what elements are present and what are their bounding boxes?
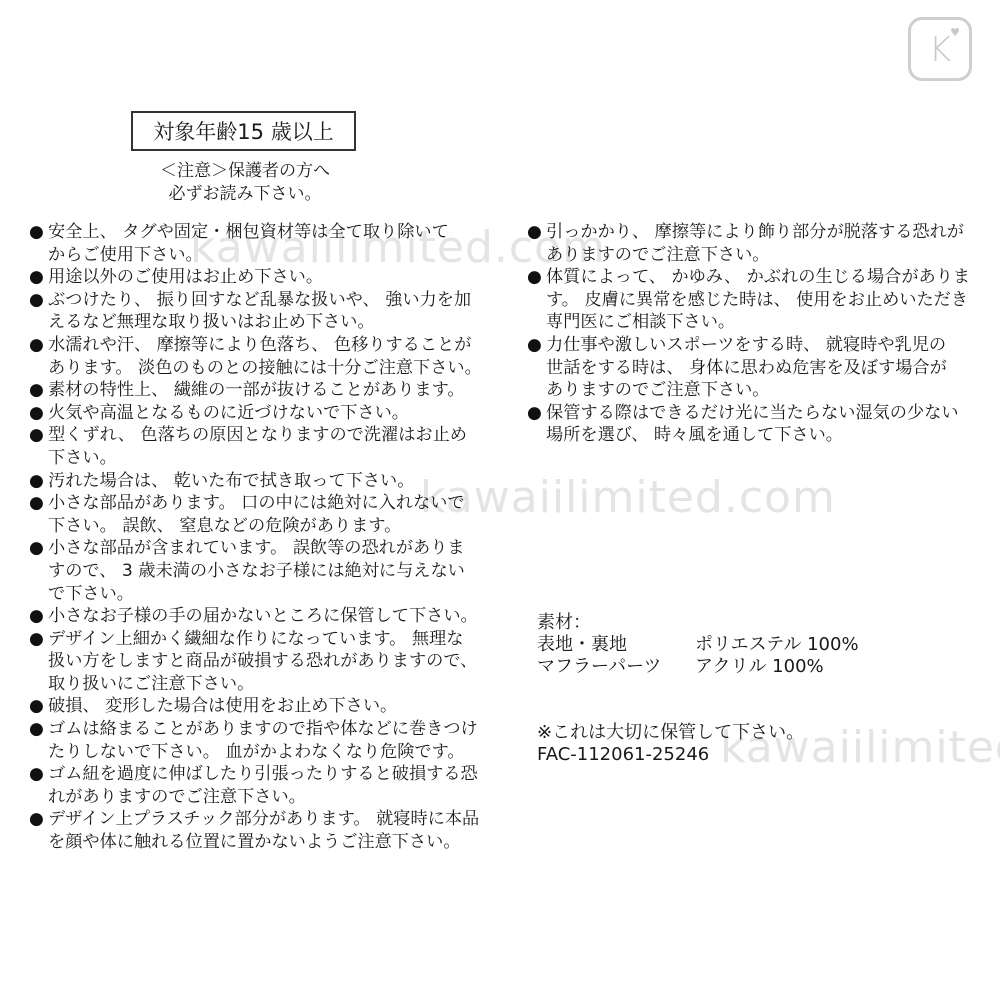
- material-part: マフラーパーツ: [537, 656, 695, 678]
- bullet-icon: ●: [29, 605, 44, 628]
- bullet-icon: ●: [29, 537, 44, 560]
- bullet-icon: ●: [527, 402, 542, 425]
- bullet-icon: ●: [29, 289, 44, 312]
- caution-item: ●デザイン上細かく繊細な作りになっています。 無理な 扱い方をしますと商品が破損…: [29, 628, 489, 696]
- caution-item: ●素材の特性上、 繊維の一部が抜けることがあります。: [29, 379, 489, 402]
- caution-list-left: ●安全上、 タグや固定・梱包資材等は全て取り除いて からご使用下さい。 ●用途以…: [29, 221, 489, 854]
- bullet-icon: ●: [29, 379, 44, 402]
- bullet-icon: ●: [29, 695, 44, 718]
- materials-row: マフラーパーツ アクリル 100%: [537, 656, 859, 678]
- caution-text: 水濡れや汗、 摩擦等により色落ち、 色移りすることが あります。 淡色のものとの…: [48, 335, 482, 378]
- caution-text: デザイン上細かく繊細な作りになっています。 無理な 扱い方をしますと商品が破損す…: [48, 629, 477, 694]
- caution-item: ●デザイン上プラスチック部分があります。 就寝時に本品 を顔や体に触れる位置に置…: [29, 808, 489, 853]
- caution-text: 素材の特性上、 繊維の一部が抜けることがあります。: [48, 380, 465, 400]
- materials-section: 素材： 表地・裏地 ポリエステル 100% マフラーパーツ アクリル 100%: [537, 612, 859, 678]
- caution-text: ゴムは絡まることがありますので指や体などに巻きつけ たりしないで下さい。 血がか…: [48, 719, 478, 762]
- caution-text: 小さな部品があります。 口の中には絶対に入れないで 下さい。 誤飲、 窒息などの…: [48, 493, 465, 536]
- caution-text: 小さなお子様の手の届かないところに保管して下さい。: [48, 606, 478, 626]
- materials-row: 表地・裏地 ポリエステル 100%: [537, 634, 859, 656]
- product-code: FAC-112061-25246: [537, 744, 804, 766]
- caution-text: ぶつけたり、 振り回すなど乱暴な扱いや、 強い力を加 えるなど無理な取り扱いはお…: [48, 290, 471, 333]
- caution-item: ●ゴム紐を過度に伸ばしたり引張ったりすると破損する恐 れがありますのでご注意下さ…: [29, 763, 489, 808]
- bullet-icon: ●: [29, 266, 44, 289]
- age-rating-box: 対象年齢15 歳以上: [131, 111, 356, 151]
- caution-item: ●型くずれ、 色落ちの原因となりますので洗濯はお止め 下さい。: [29, 424, 489, 469]
- caution-item: ●汚れた場合は、 乾いた布で拭き取って下さい。: [29, 470, 489, 493]
- bullet-icon: ●: [29, 402, 44, 425]
- caution-item: ●破損、 変形した場合は使用をお止め下さい。: [29, 695, 489, 718]
- caution-text: 火気や高温となるものに近づけないで下さい。: [48, 403, 409, 423]
- caution-item: ●ゴムは絡まることがありますので指や体などに巻きつけ たりしないで下さい。 血が…: [29, 718, 489, 763]
- caution-text: 保管する際はできるだけ光に当たらない湿気の少ない 場所を選び、 時々風を通して下…: [546, 403, 959, 446]
- heart-icon: ♥: [950, 26, 960, 39]
- caution-text: 力仕事や激しいスポーツをする時、 就寝時や乳児の 世話をする時は、 身体に思わぬ…: [546, 335, 947, 400]
- material-part: 表地・裏地: [537, 634, 695, 656]
- caution-text: 破損、 変形した場合は使用をお止め下さい。: [48, 696, 397, 716]
- keep-note: ※これは大切に保管して下さい。: [537, 722, 804, 744]
- caution-text: 小さな部品が含まれています。 誤飲等の恐れがありま すので、 3 歳未満の小さな…: [48, 538, 465, 603]
- notice-line-1: ＜注意＞保護者の方へ: [130, 160, 360, 183]
- caution-item: ●火気や高温となるものに近づけないで下さい。: [29, 402, 489, 425]
- caution-item: ●保管する際はできるだけ光に当たらない湿気の少ない 場所を選び、 時々風を通して…: [527, 402, 987, 447]
- brand-logo-letter: K: [929, 33, 951, 67]
- caution-text: ゴム紐を過度に伸ばしたり引張ったりすると破損する恐 れがありますのでご注意下さい…: [48, 764, 478, 807]
- caution-item: ●小さな部品が含まれています。 誤飲等の恐れがありま すので、 3 歳未満の小さ…: [29, 537, 489, 605]
- caution-item: ●力仕事や激しいスポーツをする時、 就寝時や乳児の 世話をする時は、 身体に思わ…: [527, 334, 987, 402]
- bullet-icon: ●: [29, 628, 44, 651]
- notice-heading: ＜注意＞保護者の方へ 必ずお読み下さい。: [130, 160, 360, 206]
- caution-text: 体質によって、 かゆみ、 かぶれの生じる場合がありま す。 皮膚に異常を感じた時…: [546, 267, 970, 332]
- bullet-icon: ●: [29, 334, 44, 357]
- footer-section: ※これは大切に保管して下さい。 FAC-112061-25246: [537, 722, 804, 766]
- caution-item: ●用途以外のご使用はお止め下さい。: [29, 266, 489, 289]
- care-label-page: kawaiilimited.com kawaiilimited.com kawa…: [0, 0, 1000, 1000]
- bullet-icon: ●: [527, 221, 542, 244]
- caution-text: デザイン上プラスチック部分があります。 就寝時に本品 を顔や体に触れる位置に置か…: [48, 809, 479, 852]
- caution-item: ●小さな部品があります。 口の中には絶対に入れないで 下さい。 誤飲、 窒息など…: [29, 492, 489, 537]
- bullet-icon: ●: [29, 221, 44, 244]
- caution-text: 用途以外のご使用はお止め下さい。: [48, 267, 323, 287]
- bullet-icon: ●: [527, 334, 542, 357]
- caution-text: 引っかかり、 摩擦等により飾り部分が脱落する恐れが ありますのでご注意下さい。: [546, 222, 964, 265]
- bullet-icon: ●: [29, 492, 44, 515]
- caution-item: ●安全上、 タグや固定・梱包資材等は全て取り除いて からご使用下さい。: [29, 221, 489, 266]
- bullet-icon: ●: [29, 718, 44, 741]
- materials-heading: 素材：: [537, 612, 859, 634]
- caution-text: 汚れた場合は、 乾いた布で拭き取って下さい。: [48, 471, 414, 491]
- caution-item: ●水濡れや汗、 摩擦等により色落ち、 色移りすることが あります。 淡色のものと…: [29, 334, 489, 379]
- caution-list-right: ●引っかかり、 摩擦等により飾り部分が脱落する恐れが ありますのでご注意下さい。…: [527, 221, 987, 447]
- bullet-icon: ●: [29, 808, 44, 831]
- caution-item: ●小さなお子様の手の届かないところに保管して下さい。: [29, 605, 489, 628]
- notice-line-2: 必ずお読み下さい。: [130, 183, 360, 206]
- caution-item: ●引っかかり、 摩擦等により飾り部分が脱落する恐れが ありますのでご注意下さい。: [527, 221, 987, 266]
- bullet-icon: ●: [29, 470, 44, 493]
- bullet-icon: ●: [29, 424, 44, 447]
- caution-text: 型くずれ、 色落ちの原因となりますので洗濯はお止め 下さい。: [48, 425, 467, 468]
- caution-item: ●体質によって、 かゆみ、 かぶれの生じる場合がありま す。 皮膚に異常を感じた…: [527, 266, 987, 334]
- bullet-icon: ●: [29, 763, 44, 786]
- bullet-icon: ●: [527, 266, 542, 289]
- caution-item: ●ぶつけたり、 振り回すなど乱暴な扱いや、 強い力を加 えるなど無理な取り扱いは…: [29, 289, 489, 334]
- material-composition: ポリエステル 100%: [695, 634, 859, 656]
- brand-logo: K ♥: [908, 17, 972, 81]
- material-composition: アクリル 100%: [695, 656, 824, 678]
- caution-text: 安全上、 タグや固定・梱包資材等は全て取り除いて からご使用下さい。: [48, 222, 449, 265]
